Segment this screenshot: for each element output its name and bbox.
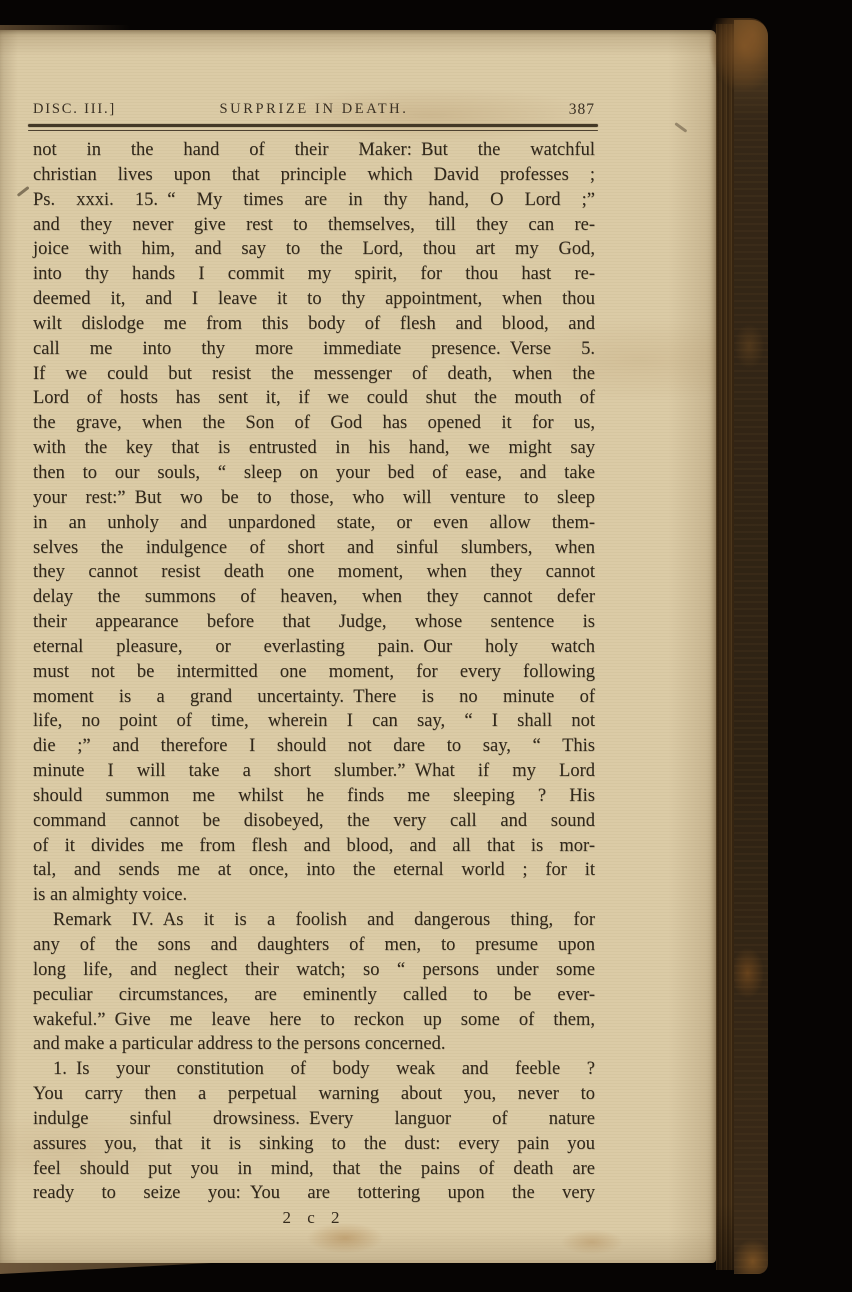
text-line: indulge sinful drowsiness. Every languor…	[33, 1107, 595, 1132]
text-line: of it divides me from flesh and blood, a…	[33, 834, 595, 859]
text-line: selves the indulgence of short and sinfu…	[33, 536, 595, 561]
text-line: deemed it, and I leave it to thy appoint…	[33, 287, 595, 312]
text-line: peculiar circumstances, are eminently ca…	[33, 983, 595, 1008]
scan-background: SURPRIZE IN DEATH. DISC. III.] 387 not i…	[0, 0, 852, 1292]
text-line: Ps. xxxi. 15. “ My times are in thy hand…	[33, 188, 595, 213]
text-line: wakeful.” Give me leave here to reckon u…	[33, 1008, 595, 1033]
text-line: Remark IV. As it is a foolish and danger…	[33, 908, 595, 933]
book-page: SURPRIZE IN DEATH. DISC. III.] 387 not i…	[0, 30, 716, 1263]
running-header: SURPRIZE IN DEATH. DISC. III.] 387	[33, 101, 595, 121]
book: SURPRIZE IN DEATH. DISC. III.] 387 not i…	[0, 0, 852, 1292]
text-line: long life, and neglect their watch; so “…	[33, 958, 595, 983]
book-fore-edge	[716, 24, 734, 1270]
text-line: and make a particular address to the per…	[33, 1032, 595, 1057]
text-line: minute I will take a short slumber.” Wha…	[33, 759, 595, 784]
text-line: You carry then a perpetual warning about…	[33, 1082, 595, 1107]
text-line: should summon me whilst he finds me slee…	[33, 784, 595, 809]
book-cover-edge	[734, 20, 768, 1274]
text-line: feel should put you in mind, that the pa…	[33, 1157, 595, 1182]
text-line: then to our souls, “ sleep on your bed o…	[33, 461, 595, 486]
text-line: command cannot be disobeyed, the very ca…	[33, 809, 595, 834]
text-line: call me into thy more immediate presence…	[33, 337, 595, 362]
text-line: with the key that is entrusted in his ha…	[33, 436, 595, 461]
header-rule-thin-line	[28, 130, 598, 132]
text-line: wilt dislodge me from this body of flesh…	[33, 312, 595, 337]
text-line: into thy hands I commit my spirit, for t…	[33, 262, 595, 287]
text-line: not in the hand of their Maker: But the …	[33, 138, 595, 163]
text-line: and they never give rest to themselves, …	[33, 213, 595, 238]
text-line: must not be intermitted one moment, for …	[33, 660, 595, 685]
text-line: any of the sons and daughters of men, to…	[33, 933, 595, 958]
handwritten-tick-mark	[17, 186, 30, 197]
text-line: delay the summons of heaven, when they c…	[33, 585, 595, 610]
text-line: eternal pleasure, or everlasting pain. O…	[33, 635, 595, 660]
text-line: Lord of hosts has sent it, if we could s…	[33, 386, 595, 411]
header-rule	[28, 124, 598, 131]
text-line: christian lives upon that principle whic…	[33, 163, 595, 188]
text-line: ready to seize you: You are tottering up…	[33, 1181, 595, 1206]
text-line: assures you, that it is sinking to the d…	[33, 1132, 595, 1157]
section-label: DISC. III.]	[33, 101, 116, 118]
text-line: joice with him, and say to the Lord, tho…	[33, 237, 595, 262]
text-line: your rest:” But wo be to those, who will…	[33, 486, 595, 511]
text-line: the grave, when the Son of God has opene…	[33, 411, 595, 436]
header-rule-thick-line	[28, 124, 598, 127]
text-line: they cannot resist death one moment, whe…	[33, 560, 595, 585]
text-line: is an almighty voice.	[33, 883, 595, 908]
page-number: 387	[569, 101, 595, 119]
text-line: If we could but resist the messenger of …	[33, 362, 595, 387]
text-line: tal, and sends me at once, into the eter…	[33, 858, 595, 883]
text-line: life, no point of time, wherein I can sa…	[33, 709, 595, 734]
text-line: moment is a grand uncertainty. There is …	[33, 685, 595, 710]
text-line: die ;” and therefore I should not dare t…	[33, 734, 595, 759]
text-line: in an unholy and unpardoned state, or ev…	[33, 511, 595, 536]
signature-mark: 2 c 2	[33, 1208, 595, 1228]
text-line: their appearance before that Judge, whos…	[33, 610, 595, 635]
text-line: 1. Is your constitution of body weak and…	[33, 1057, 595, 1082]
handwritten-tick-mark	[675, 122, 688, 132]
body-text: not in the hand of their Maker: But the …	[33, 138, 595, 1206]
running-title: SURPRIZE IN DEATH.	[33, 101, 595, 118]
